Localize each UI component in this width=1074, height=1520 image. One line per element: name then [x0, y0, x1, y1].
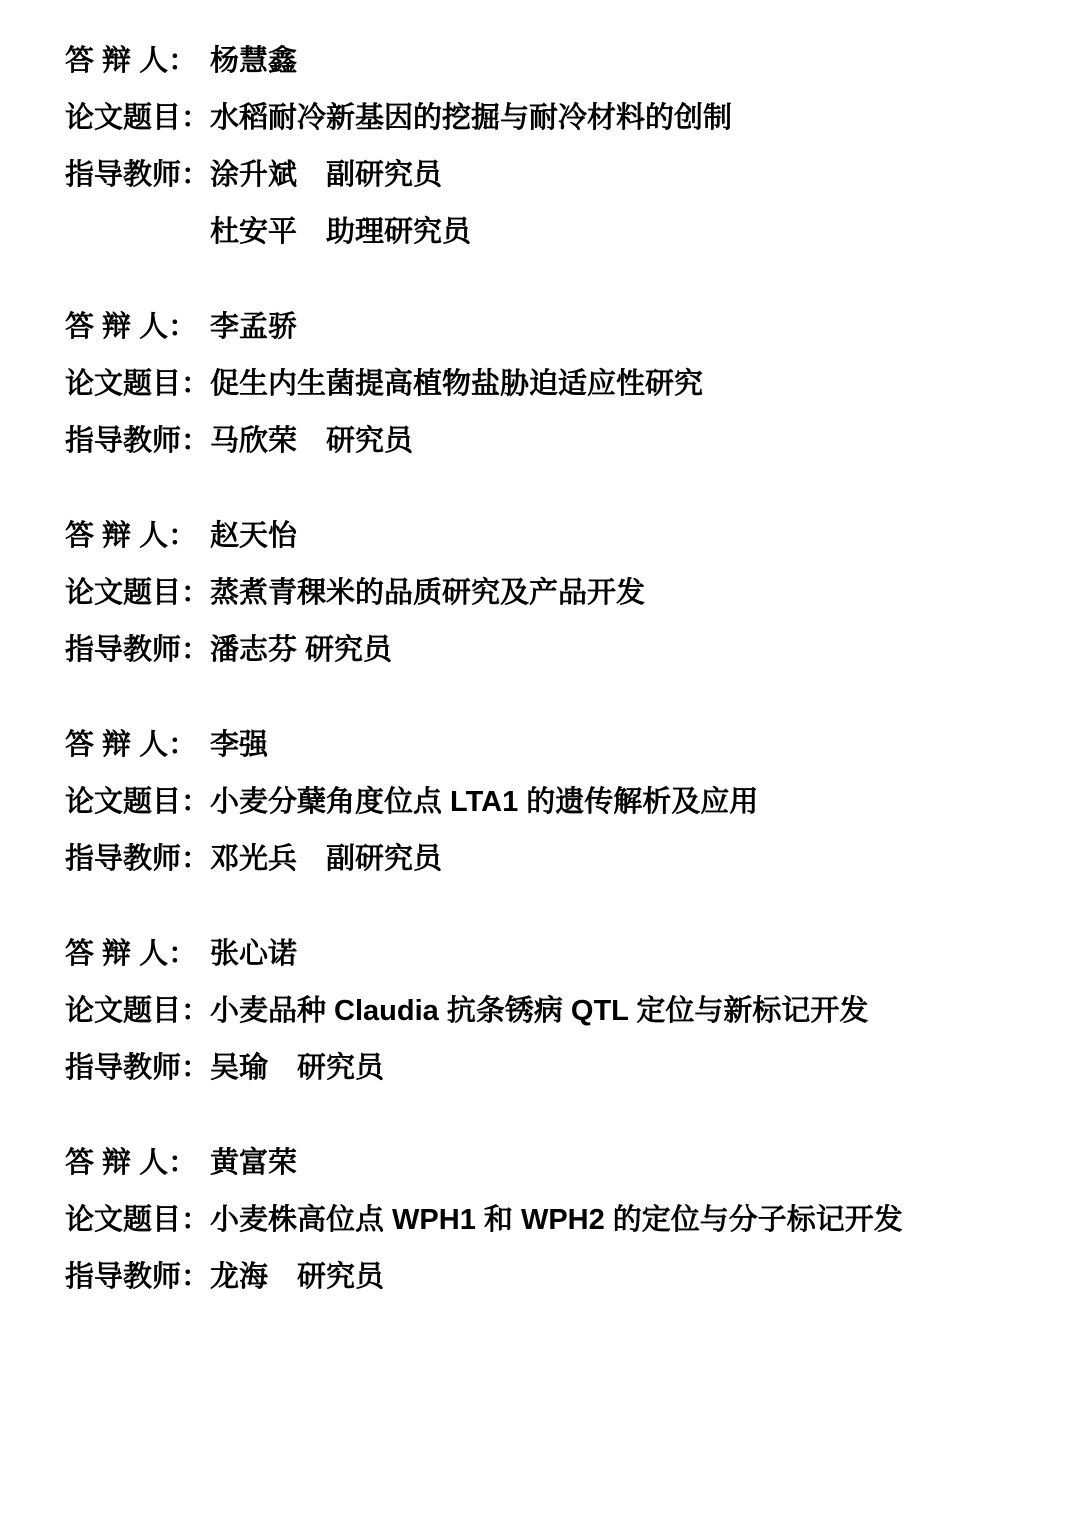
thesis-title-row: 论文题目： 促生内生菌提高植物盐胁迫适应性研究: [65, 356, 1034, 413]
thesis-title: 水稻耐冷新基因的挖掘与耐冷材料的创制: [210, 90, 1034, 147]
thesis-title-row: 论文题目： 小麦分蘖角度位点 LTA1 的遗传解析及应用: [65, 774, 1034, 831]
thesis-title-label: 论文题目：: [65, 90, 210, 147]
defender-row: 答 辩 人： 杨慧鑫: [65, 33, 1034, 90]
defense-entry: 答 辩 人： 李孟骄 论文题目： 促生内生菌提高植物盐胁迫适应性研究 指导教师：…: [65, 299, 1034, 470]
advisor-name-rank: 吴瑜 研究员: [210, 1040, 1034, 1097]
thesis-title-row: 论文题目： 水稻耐冷新基因的挖掘与耐冷材料的创制: [65, 90, 1034, 147]
thesis-title: 蒸煮青稞米的品质研究及产品开发: [210, 565, 1034, 622]
defender-name: 张心诺: [210, 926, 1034, 983]
advisor-label: 指导教师：: [65, 1040, 210, 1097]
thesis-title-label: 论文题目：: [65, 356, 210, 413]
defender-name: 李孟骄: [210, 299, 1034, 356]
defender-name: 黄富荣: [210, 1135, 1034, 1192]
advisor-row: 指导教师： 龙海 研究员: [65, 1249, 1034, 1306]
advisor-row: 指导教师： 马欣荣 研究员: [65, 413, 1034, 470]
thesis-title-label: 论文题目：: [65, 565, 210, 622]
defender-name: 赵天怡: [210, 508, 1034, 565]
advisor-label: 指导教师：: [65, 413, 210, 470]
defense-entry: 答 辩 人： 杨慧鑫 论文题目： 水稻耐冷新基因的挖掘与耐冷材料的创制 指导教师…: [65, 33, 1034, 261]
thesis-title: 小麦株高位点 WPH1 和 WPH2 的定位与分子标记开发: [210, 1192, 1034, 1249]
advisor-name-rank: 龙海 研究员: [210, 1249, 1034, 1306]
defense-entry: 答 辩 人： 赵天怡 论文题目： 蒸煮青稞米的品质研究及产品开发 指导教师： 潘…: [65, 508, 1034, 679]
advisor-label: 指导教师：: [65, 831, 210, 888]
defender-label: 答 辩 人：: [65, 299, 210, 356]
thesis-title: 小麦分蘖角度位点 LTA1 的遗传解析及应用: [210, 774, 1034, 831]
defender-name: 李强: [210, 717, 1034, 774]
advisor-name-rank: 杜安平 助理研究员: [210, 204, 1034, 261]
defender-label: 答 辩 人：: [65, 926, 210, 983]
defender-row: 答 辩 人： 张心诺: [65, 926, 1034, 983]
advisor-name-rank: 涂升斌 副研究员: [210, 147, 1034, 204]
thesis-title: 促生内生菌提高植物盐胁迫适应性研究: [210, 356, 1034, 413]
advisor-name-rank: 马欣荣 研究员: [210, 413, 1034, 470]
advisor-row: 指导教师： 邓光兵 副研究员: [65, 831, 1034, 888]
advisor-row: 指导教师： 吴瑜 研究员: [65, 1040, 1034, 1097]
thesis-title-row: 论文题目： 小麦株高位点 WPH1 和 WPH2 的定位与分子标记开发: [65, 1192, 1034, 1249]
defender-row: 答 辩 人： 李孟骄: [65, 299, 1034, 356]
thesis-title: 小麦品种 Claudia 抗条锈病 QTL 定位与新标记开发: [210, 983, 1034, 1040]
advisor-label: 指导教师：: [65, 1249, 210, 1306]
defender-label: 答 辩 人：: [65, 508, 210, 565]
defender-label: 答 辩 人：: [65, 33, 210, 90]
advisor-label: 指导教师：: [65, 147, 210, 204]
advisor-row: 指导教师： 潘志芬 研究员: [65, 622, 1034, 679]
thesis-title-label: 论文题目：: [65, 983, 210, 1040]
advisor-label: 指导教师：: [65, 622, 210, 679]
defender-row: 答 辩 人： 赵天怡: [65, 508, 1034, 565]
defense-entry: 答 辩 人： 李强 论文题目： 小麦分蘖角度位点 LTA1 的遗传解析及应用 指…: [65, 717, 1034, 888]
defense-list-page: 答 辩 人： 杨慧鑫 论文题目： 水稻耐冷新基因的挖掘与耐冷材料的创制 指导教师…: [0, 0, 1074, 1520]
advisor-name-rank: 邓光兵 副研究员: [210, 831, 1034, 888]
thesis-title-label: 论文题目：: [65, 1192, 210, 1249]
defense-entry: 答 辩 人： 黄富荣 论文题目： 小麦株高位点 WPH1 和 WPH2 的定位与…: [65, 1135, 1034, 1306]
defender-row: 答 辩 人： 李强: [65, 717, 1034, 774]
defender-row: 答 辩 人： 黄富荣: [65, 1135, 1034, 1192]
defender-label: 答 辩 人：: [65, 1135, 210, 1192]
thesis-title-row: 论文题目： 小麦品种 Claudia 抗条锈病 QTL 定位与新标记开发: [65, 983, 1034, 1040]
defender-label: 答 辩 人：: [65, 717, 210, 774]
advisor-row: 指导教师： 涂升斌 副研究员: [65, 147, 1034, 204]
thesis-title-row: 论文题目： 蒸煮青稞米的品质研究及产品开发: [65, 565, 1034, 622]
defender-name: 杨慧鑫: [210, 33, 1034, 90]
advisor-row: 杜安平 助理研究员: [65, 204, 1034, 261]
thesis-title-label: 论文题目：: [65, 774, 210, 831]
defense-entry: 答 辩 人： 张心诺 论文题目： 小麦品种 Claudia 抗条锈病 QTL 定…: [65, 926, 1034, 1097]
advisor-name-rank: 潘志芬 研究员: [210, 622, 1034, 679]
